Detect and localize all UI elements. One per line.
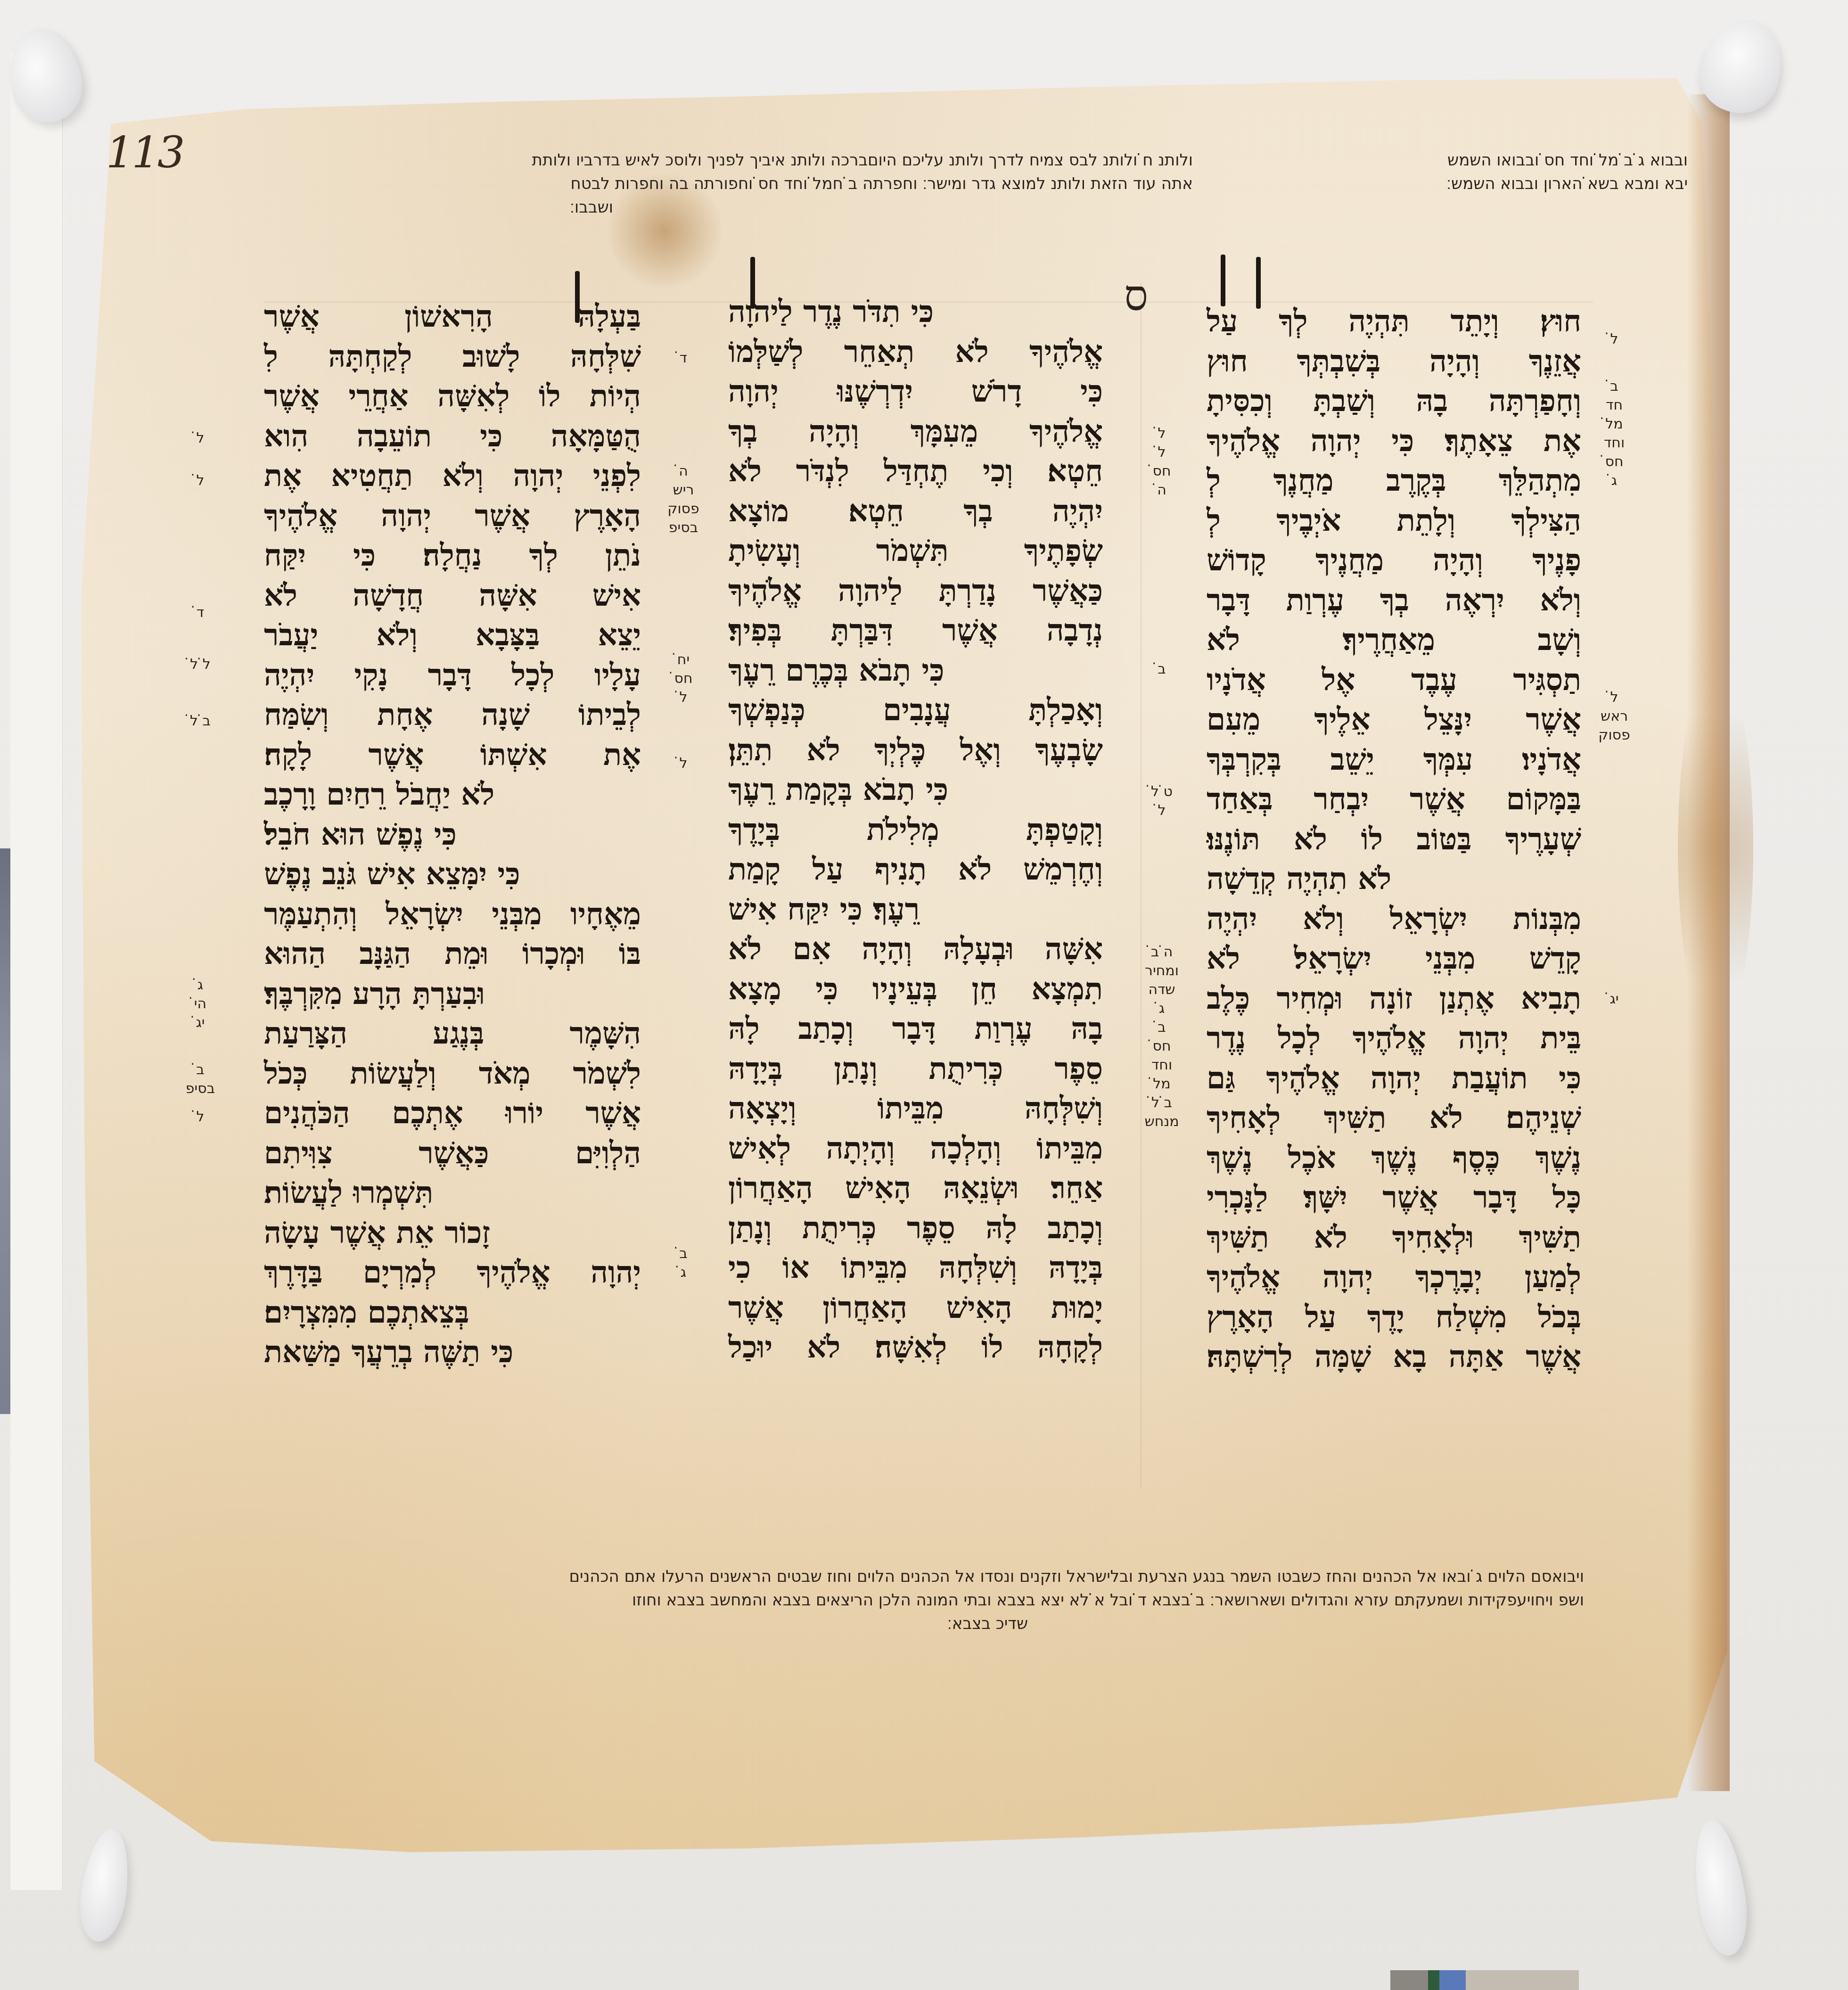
text-line: וּבִעַרְתָּ הָרָע מִקִּרְבֶּךָ׃ <box>264 974 641 1014</box>
text-line: מִבֵּיתוֹ וְהָלְכָה וְהָיְתָה לְאִישׁ <box>728 1129 1103 1169</box>
text-line: שְׁעָרֶיךָ בַּטּוֹב לוֹ לֹא תּוֹנֶנּוּ׃ <box>1207 820 1581 860</box>
text-line: לְבֵיתוֹ שָׁנָה אֶחָת וְשִׂמַּח <box>264 695 641 735</box>
lamed-ascender <box>1256 257 1261 309</box>
text-line: אַחֵר׃ וּשְׂנֵאָהּ הָאִישׁ הָאַחֲרוֹן <box>728 1168 1103 1209</box>
text-line: שְׂפָתֶיךָ תִּשְׁמֹר וְעָשִׂיתָ <box>728 531 1103 571</box>
color-calibration-bar <box>1390 1970 1579 1990</box>
text-line: הֻטַּמָּאָה כִּי תוֹעֵבָה הִוא <box>264 417 641 457</box>
text-line: בְּיָדָהּ וְשִׁלְּחָהּ מִבֵּיתוֹ אוֹ כִי <box>728 1248 1103 1288</box>
text-line: כִּי תַשֶּׁה בְרֵעֲךָ מַשַּׁאת <box>264 1332 641 1373</box>
text-line: כִּי נֶפֶשׁ הוּא חֹבֵל׃ <box>264 815 641 855</box>
text-line: כִּי תִדֹּר נֶדֶר לַיהוָה <box>728 292 1103 332</box>
text-line: שְׁנֵיהֶם׃ לֹא תַשִּׁיךְ לְאָחִיךָ <box>1207 1098 1581 1138</box>
text-line: מִתְהַלֵּךְ בְּקֶרֶב מַחֲנֶךָ לְ <box>1207 461 1581 501</box>
text-line: כִּי תוֹעֲבַת יְהוָה אֱלֹהֶיךָ גַּם <box>1207 1059 1581 1099</box>
text-line: חֵטְא׃ וְכִי תֶחְדַּל לִנְדֹּר לֹא <box>728 452 1103 492</box>
text-line: תָבִיא אֶתְנַן זוֹנָה וּמְחִיר כֶּלֶב <box>1207 979 1581 1019</box>
text-line: אִישׁ אִשָּׁה חֲדָשָׁה לֹא <box>264 576 641 616</box>
masora-line: ולותנ ח̇ ולותנ לבס צמיח לדרך ולותנ עליכם… <box>532 148 1193 172</box>
text-line: כִּי תָבֹא בְּקָמַת רֵעֶךָ <box>728 770 1103 810</box>
text-line: הַצִּילְךָ וְלָתֵת אֹיְבֶיךָ לְ <box>1207 501 1581 541</box>
text-line: וְשִׁלְּחָהּ מִבֵּיתוֹ וְיָצְאָה <box>728 1089 1103 1129</box>
lamed-ascender <box>750 257 755 309</box>
text-line: וְכָתַב לָהּ סֵפֶר כְּרִיתֻת וְנָתַן <box>728 1209 1103 1249</box>
masora-line: ויבואסם הלוים ג̇ ובאו אל הכהנים והחז כשב… <box>569 1565 1584 1588</box>
text-line: אֲדֹנָיו׃ עִמְּךָ יֵשֵׁב בְּקִרְבְּךָ <box>1207 740 1581 780</box>
lamed-ascender <box>575 271 580 323</box>
text-line: וְחֶרְמֵשׁ לֹא תָנִיף עַל קָמַת <box>728 850 1103 890</box>
text-line: לֹא יַחֲבֹל רֵחַיִם וָרָכֶב <box>264 775 641 815</box>
text-line: שָׂבְעֶךָ וְאֶל כֶּלְיְךָ לֹא תִתֵּן׃ <box>728 731 1103 771</box>
text-line: לִשְׁמֹר מְאֹד וְלַעֲשׂוֹת כְּכֹל <box>264 1054 641 1094</box>
text-line: בְּכֹל מִשְׁלַח יָדֶךָ עַל הָאָרֶץ <box>1207 1298 1581 1338</box>
text-line: נֶשֶׁךְ כֶּסֶף נֶשֶׁךְ אֹכֶל נֶשֶׁךְ <box>1207 1138 1581 1178</box>
text-line: קָדֵשׁ מִבְּנֵי יִשְׂרָאֵל׃ לֹא <box>1207 939 1581 979</box>
text-line: כִּי דָרֹשׁ יִדְרְשֶׁנּוּ יְהוָה <box>728 372 1103 412</box>
masora-line: אתה עוד הזאת ולותנ למוצא גדר ומישר׃ וחפר… <box>532 172 1193 196</box>
text-line: יְהוָה אֱלֹהֶיךָ לְמִרְיָם בַּדָּרֶךְ <box>264 1253 641 1293</box>
masora-line: ושפ ויחויעפקידות ושמעקתם עזרא והגדולים ו… <box>569 1588 1584 1612</box>
text-line: שִׁלְּחָהּ לָשׁוּב לְקַחְתָּהּ לִ <box>264 337 641 377</box>
text-line: כָּל דָּבָר אֲשֶׁר יִשָּׁךְ׃ לַנָּכְרִי <box>1207 1178 1581 1218</box>
masora-line: ובבוא ג̇ ב̇ מל̇ וחד חס̇ ובבואו השמש <box>1446 148 1688 172</box>
text-column-middle: כִּי תִדֹּר נֶדֶר לַיהוָהאֱלֹהֶיךָ לֹא ת… <box>728 292 1103 1368</box>
text-line: רֵעֶךָ׃ כִּי יִקַּח אִישׁ <box>728 890 1103 930</box>
text-line: זָכוֹר אֵת אֲשֶׁר עָשָׂה <box>264 1213 641 1253</box>
text-line: בְּצֵאתְכֶם מִמִּצְרָיִם׃ <box>264 1293 641 1333</box>
text-column-left: בַּעְלָהּ הָרִאשׁוֹן אֲשֶׁרשִׁלְּחָהּ לָ… <box>264 297 641 1373</box>
masora-magna-top-right: ובבוא ג̇ ב̇ מל̇ וחד חס̇ ובבואו השמש יבא … <box>1446 148 1688 196</box>
lamed-ascender <box>1221 255 1225 306</box>
text-line: מֵאֶחָיו מִבְּנֵי יִשְׂרָאֵל וְהִתְעַמֶּ… <box>264 895 641 935</box>
text-line: לִפְנֵי יְהוָה וְלֹא תַחֲטִיא אֶת <box>264 456 641 496</box>
text-line: וְחָפַרְתָּה בָהּ וְשַׁבְתָּ וְכִסִּיתָ <box>1207 381 1581 421</box>
text-line: לֹא תִהְיֶה קְדֵשָׁה <box>1207 859 1581 899</box>
text-line: בַּעְלָהּ הָרִאשׁוֹן אֲשֶׁר <box>264 297 641 337</box>
text-line: בּוֹ וּמְכָרוֹ וּמֵת הַגַּנָּב הַהוּא <box>264 934 641 974</box>
text-line: אֲזֵנֶךָ וְהָיָה בְּשִׁבְתְּךָ חוּץ <box>1207 342 1581 382</box>
text-line: מִבְּנוֹת יִשְׂרָאֵל וְלֹא יִהְיֶה <box>1207 899 1581 939</box>
masora-line: יבא ומבא בשא̇ הארון ובבוא השמש׃ <box>1446 172 1688 196</box>
text-line: לְקָחָהּ לוֹ לְאִשָּׁה׃ לֹא יוּכַל <box>728 1328 1103 1368</box>
text-line: תִּשְׁמְרוּ לַעֲשׂוֹת׃ <box>264 1173 641 1213</box>
text-line: תִמְצָא חֵן בְּעֵינָיו כִּי מָצָא <box>728 970 1103 1010</box>
masora-magna-top-left: ולותנ ח̇ ולותנ לבס צמיח לדרך ולותנ עליכם… <box>532 148 1193 219</box>
text-line: נְדָבָה אֲשֶׁר דִּבַּרְתָּ בְּפִיךָ׃ <box>728 611 1103 651</box>
text-line: כַּאֲשֶׁר נָדַרְתָּ לַיהוָה אֱלֹהֶיךָ <box>728 571 1103 611</box>
text-line: אֲשֶׁר אַתָּה בָא שָׁמָּה לְרִשְׁתָּהּ׃ <box>1207 1337 1581 1377</box>
text-line: כִּי תָבֹא בְּכֶרֶם רֵעֶךָ <box>728 651 1103 691</box>
text-line: לְמַעַן יְבָרֶכְךָ יְהוָה אֱלֹהֶיךָ <box>1207 1258 1581 1298</box>
text-line: אִשָּׁה וּבְעָלָהּ וְהָיָה אִם לֹא <box>728 929 1103 970</box>
text-line: הְיוֹת לוֹ לְאִשָּׁה אַחֲרֵי אֲשֶׁר <box>264 377 641 417</box>
text-line: וְאָכַלְתָּ עֲנָבִים כְּנַפְשְׁךָ <box>728 691 1103 731</box>
masora-magna-bottom: ויבואסם הלוים ג̇ ובאו אל הכהנים והחז כשב… <box>569 1565 1584 1636</box>
mount-edge-strip <box>0 848 10 1414</box>
text-line: נֹתֵן לְךָ נַחֲלָה׃ כִּי יִקַּח <box>264 536 641 576</box>
text-line: יָמוּת הָאִישׁ הָאַחֲרוֹן אֲשֶׁר <box>728 1288 1103 1328</box>
text-line: כִּי יִמָּצֵא אִישׁ גֹּנֵב נֶפֶשׁ <box>264 855 641 895</box>
text-line: וְקָטַפְתָּ מְלִילֹת בְּיָדֶךָ <box>728 810 1103 850</box>
text-column-right: חוּץ׃ וְיָתֵד תִּהְיֶה לְךָ עַלאֲזֵנֶךָ … <box>1207 302 1581 1377</box>
text-line: בָהּ עֶרְוַת דָּבָר וְכָתַב לָהּ <box>728 1009 1103 1049</box>
text-line: אֶת אִשְׁתּוֹ אֲשֶׁר לָקָח׃ <box>264 735 641 775</box>
text-line: אֱלֹהֶיךָ לֹא תְאַחֵר לְשַׁלְּמוֹ <box>728 332 1103 372</box>
text-line: חוּץ׃ וְיָתֵד תִּהְיֶה לְךָ עַל <box>1207 302 1581 342</box>
text-line: הִשָּׁמֶר בְּנֶגַע הַצָּרַעַת <box>264 1014 641 1054</box>
masora-parva-right: ל̇ ב̇ חד מל̇ וחד חס̇ ג̇ ל̇ ראש פסוק יג̇ <box>1593 330 1635 1009</box>
text-line: יִהְיֶה בְךָ חֵטְא׃ מוֹצָא <box>728 492 1103 532</box>
masora-parva-left: ל̇ ל̇ ד̇ ל̇ ל̇ ב̇ ל̇ ג̇ הי̇ יג̇ ב̇ בסיפ … <box>179 429 222 1127</box>
text-line: אֲשֶׁר יוֹרוּ אֶתְכֶם הַכֹּהֲנִים <box>264 1094 641 1134</box>
text-line: בַּמָּקוֹם אֲשֶׁר יִבְחַר בְּאַחַד <box>1207 780 1581 820</box>
text-line: וְלֹא יִרְאֶה בְךָ עֶרְוַת דָּבָר <box>1207 581 1581 621</box>
mat-border <box>10 52 63 1890</box>
text-line: וְשָׁב מֵאַחֲרֶיךָ׃ לֹא <box>1207 620 1581 660</box>
text-line: תַשִּׁיךְ וּלְאָחִיךָ לֹא תַשִּׁיךְ <box>1207 1218 1581 1258</box>
masora-parva-center-left: ד̇ ה̇ ריש פסוק בסיפ יח̇ חס̇ ל̇ ל̇ ב̇ ג̇ <box>660 349 707 1282</box>
masora-line: שדיכ בצבא׃ <box>569 1612 1028 1636</box>
text-line: יֵצֵא בַּצָּבָא וְלֹא יַעֲבֹר <box>264 616 641 656</box>
folio-number: 113 <box>106 127 183 178</box>
masora-line: ושבבו׃ <box>532 196 613 219</box>
petucha-marker-icon: ס <box>1124 271 1148 321</box>
text-line: סֵפֶר כְּרִיתֻת וְנָתַן בְּיָדָהּ <box>728 1049 1103 1089</box>
text-line: פָנֶיךָ וְהָיָה מַחֲנֶיךָ קָדוֹשׁ <box>1207 541 1581 581</box>
text-line: עָלָיו לְכָל דָּבָר נָקִי יִהְיֶה <box>264 656 641 696</box>
masora-parva-center-right: ל̇ ל̇ חס̇ ה̇ ב̇ ט̇ ל̇ ל̇ ה̇ ב̇ ומחיר שדה… <box>1141 424 1183 1131</box>
text-line: תַסְגִּיר עֶבֶד אֶל אֲדֹנָיו <box>1207 660 1581 700</box>
text-line: בֵּית יְהוָה אֱלֹהֶיךָ לְכָל נֶדֶר <box>1207 1019 1581 1059</box>
text-line: הָאָרֶץ אֲשֶׁר יְהוָה אֱלֹהֶיךָ <box>264 496 641 536</box>
text-line: אֲשֶׁר יִנָּצֵל אֵלֶיךָ מֵעִם <box>1207 700 1581 740</box>
text-line: אֶת צֵאָתֶךָ׃ כִּי יְהוָה אֱלֹהֶיךָ <box>1207 421 1581 461</box>
edge-stain <box>1678 660 1753 1037</box>
text-line: אֱלֹהֶיךָ מֵעִמָּךְ וְהָיָה בְךָ <box>728 412 1103 452</box>
text-line: הַלְוִיִּם כַּאֲשֶׁר צִוִּיתִם <box>264 1134 641 1174</box>
